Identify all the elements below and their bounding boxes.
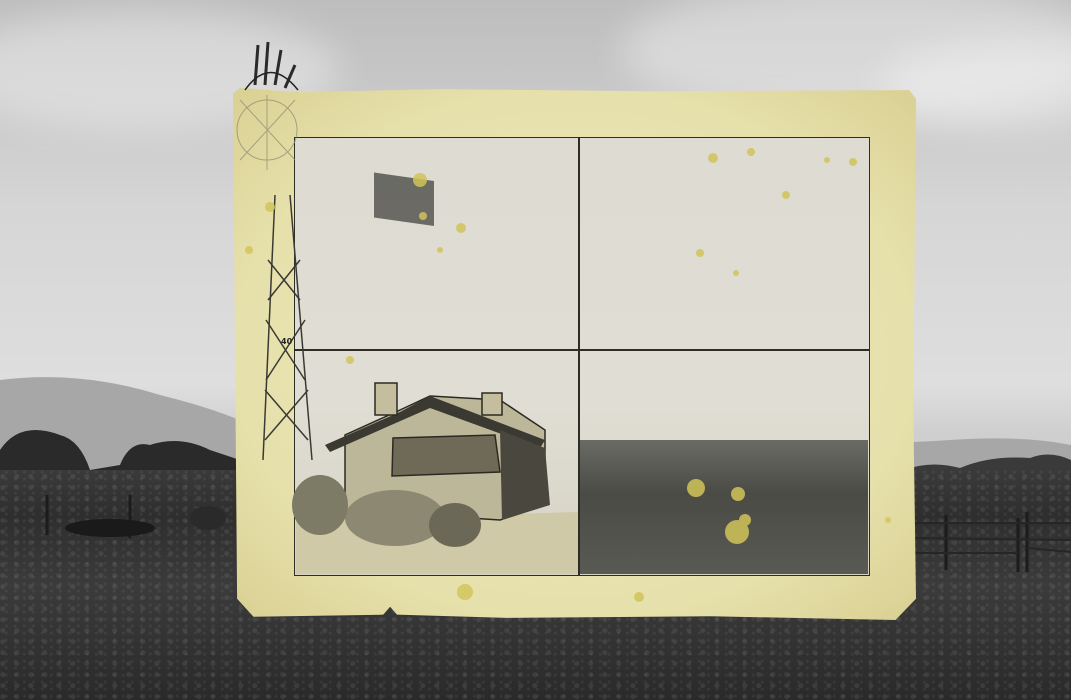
collage-scene: 40 — [0, 0, 1071, 700]
paper-stains — [0, 0, 1071, 700]
